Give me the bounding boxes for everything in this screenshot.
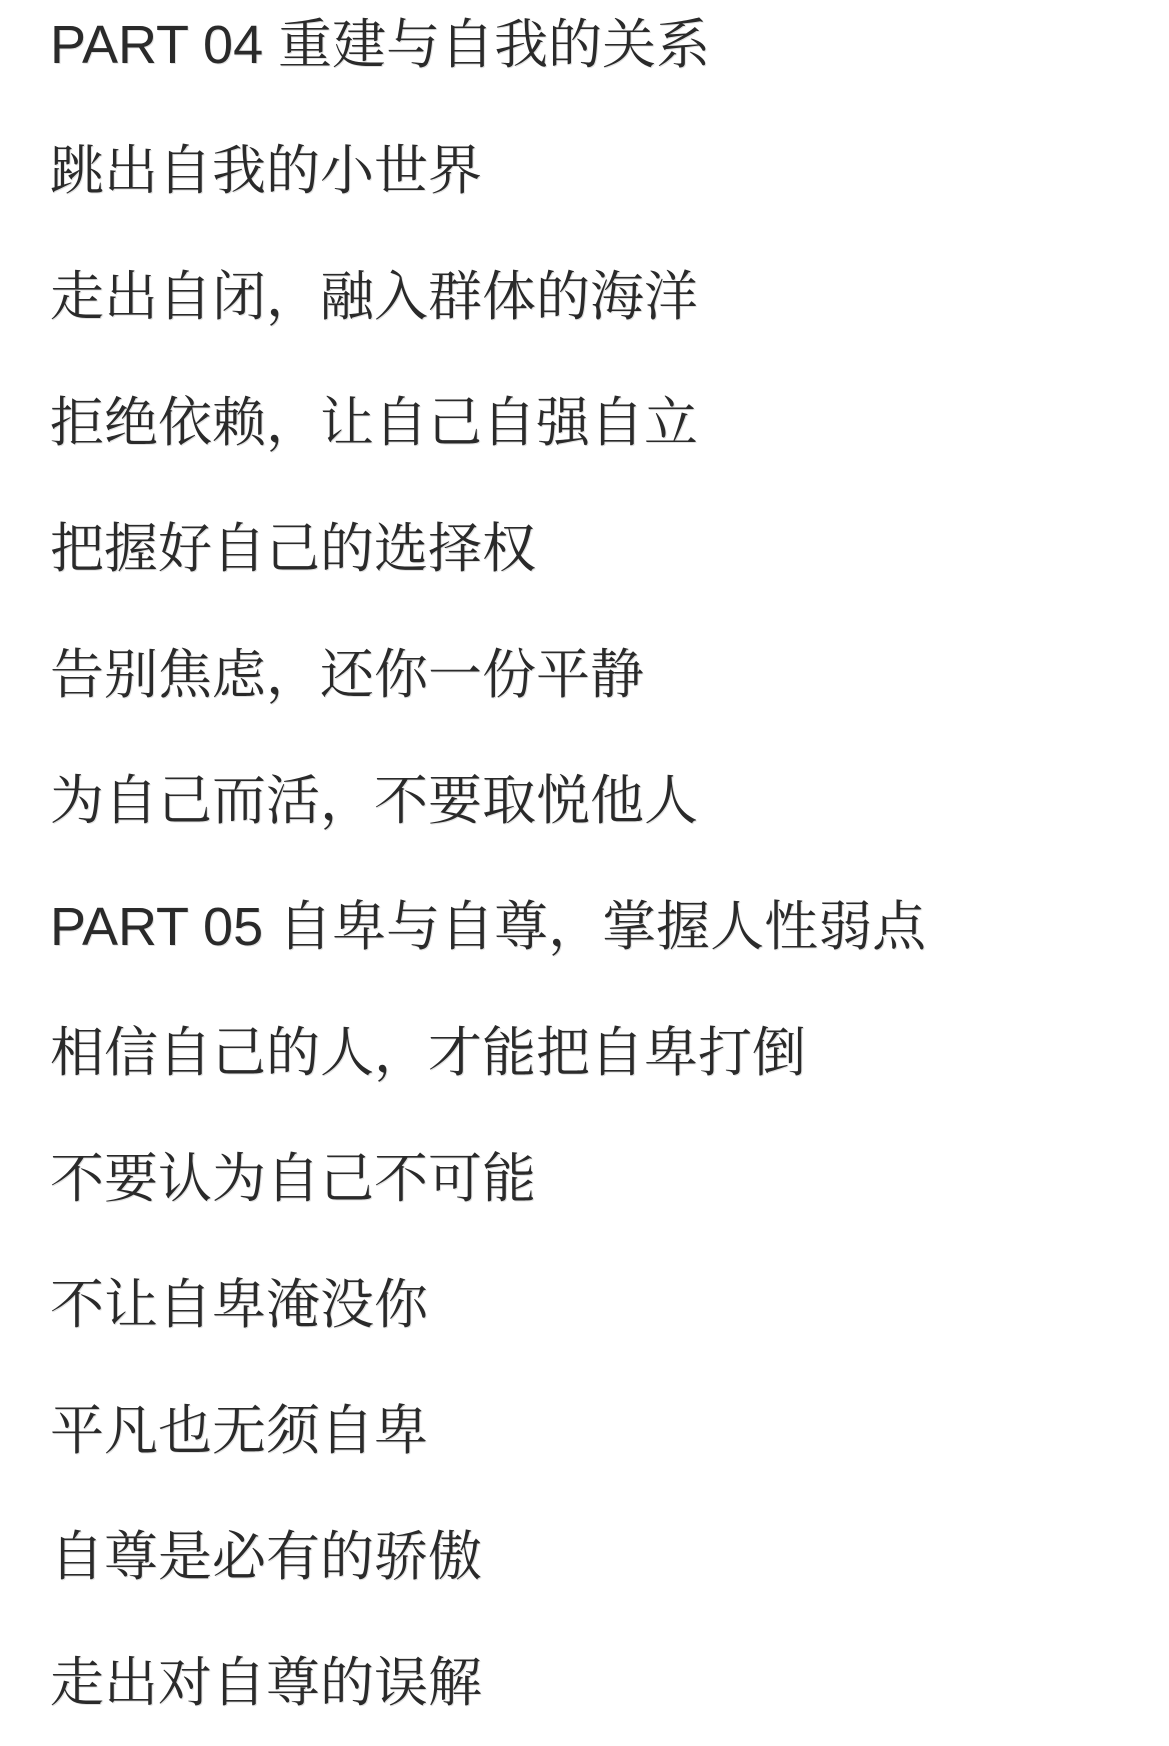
chapter-title: 为自己而活，不要取悦他人 bbox=[50, 774, 1129, 828]
chapter-title: 平凡也无须自卑 bbox=[50, 1404, 1129, 1458]
chapter-title: 把握好自己的选择权 bbox=[50, 522, 1129, 576]
chapter-title: 走出对自尊的误解 bbox=[50, 1656, 1129, 1710]
document-page: PART 04 重建与自我的关系 跳出自我的小世界 走出自闭，融入群体的海洋 拒… bbox=[0, 0, 1169, 1746]
chapter-title: 相信自己的人，才能把自卑打倒 bbox=[50, 1026, 1129, 1080]
chapter-title: 走出自闭，融入群体的海洋 bbox=[50, 270, 1129, 324]
chapter-title: 不要认为自己不可能 bbox=[50, 1152, 1129, 1206]
chapter-title: 跳出自我的小世界 bbox=[50, 144, 1129, 198]
chapter-title: 拒绝依赖，让自己自强自立 bbox=[50, 396, 1129, 450]
chapter-title: 不让自卑淹没你 bbox=[50, 1278, 1129, 1332]
part-heading: PART 05 自卑与自尊，掌握人性弱点 bbox=[50, 900, 1129, 954]
chapter-title: 告别焦虑，还你一份平静 bbox=[50, 648, 1129, 702]
chapter-title: 自尊是必有的骄傲 bbox=[50, 1530, 1129, 1584]
part-heading: PART 04 重建与自我的关系 bbox=[50, 18, 1129, 72]
